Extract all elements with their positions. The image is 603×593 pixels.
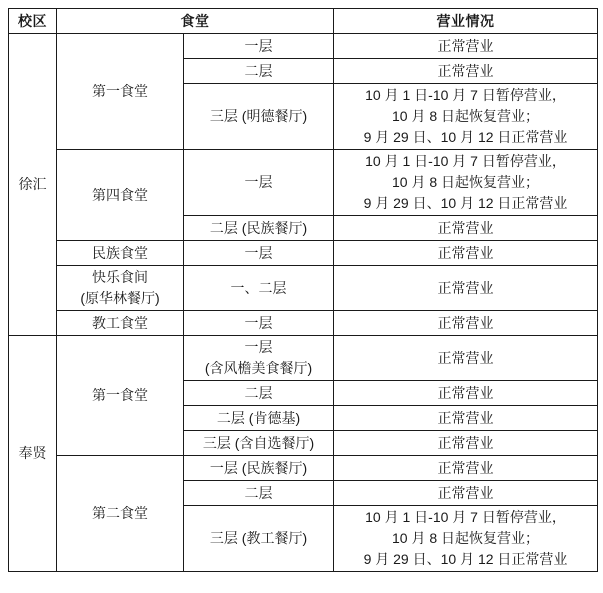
status-cell-line: 10 月 8 日起恢复营业； [336, 106, 595, 127]
floor-cell-line: 二层 [186, 61, 331, 82]
canteen-cell-line: 第一食堂 [59, 385, 181, 406]
canteen-cell-line: 快乐食间 [59, 267, 181, 288]
status-cell: 正常营业 [334, 381, 598, 406]
floor-cell-line: 二层 [186, 483, 331, 504]
floor-cell-line: 一层 [186, 172, 331, 193]
floor-cell: 一层 [184, 311, 334, 336]
canteen-table-body: 徐汇第一食堂一层正常营业二层正常营业三层 (明德餐厅)10 月 1 日-10 月… [9, 34, 598, 572]
campus-cell: 奉贤 [9, 336, 57, 572]
status-cell-line: 正常营业 [336, 433, 595, 454]
floor-cell-line: 一层 (民族餐厅) [186, 458, 331, 479]
floor-cell-line: 二层 [186, 383, 331, 404]
status-cell-line: 10 月 1 日-10 月 7 日暂停营业， [336, 151, 595, 172]
table-row: 民族食堂一层正常营业 [9, 241, 598, 266]
canteen-cell-line: 教工食堂 [59, 313, 181, 334]
canteen-cell: 教工食堂 [57, 311, 184, 336]
floor-cell: 一层 (民族餐厅) [184, 456, 334, 481]
floor-cell: 三层 (教工餐厅) [184, 506, 334, 572]
floor-cell-line: 三层 (教工餐厅) [186, 528, 331, 549]
canteen-cell-line: 第四食堂 [59, 185, 181, 206]
table-row: 教工食堂一层正常营业 [9, 311, 598, 336]
status-cell: 正常营业 [334, 266, 598, 311]
floor-cell-line: 一、二层 [186, 278, 331, 299]
status-cell-line: 10 月 1 日-10 月 7 日暂停营业， [336, 85, 595, 106]
status-cell-line: 正常营业 [336, 348, 595, 369]
status-cell: 正常营业 [334, 336, 598, 381]
status-cell-line: 9 月 29 日、10 月 12 日正常营业 [336, 193, 595, 214]
status-cell: 正常营业 [334, 311, 598, 336]
floor-cell-line: 二层 (肯德基) [186, 408, 331, 429]
canteen-cell: 第四食堂 [57, 150, 184, 241]
status-cell: 正常营业 [334, 431, 598, 456]
floor-cell: 一层 [184, 34, 334, 59]
floor-cell: 三层 (含自选餐厅) [184, 431, 334, 456]
status-cell: 10 月 1 日-10 月 7 日暂停营业，10 月 8 日起恢复营业；9 月 … [334, 150, 598, 216]
status-cell: 正常营业 [334, 241, 598, 266]
floor-cell-line: 三层 (含自选餐厅) [186, 433, 331, 454]
status-cell: 10 月 1 日-10 月 7 日暂停营业，10 月 8 日起恢复营业；9 月 … [334, 506, 598, 572]
table-row: 徐汇第一食堂一层正常营业 [9, 34, 598, 59]
table-row: 奉贤第一食堂一层(含风檐美食餐厅)正常营业 [9, 336, 598, 381]
table-row: 第二食堂一层 (民族餐厅)正常营业 [9, 456, 598, 481]
notice-page: 校区 食堂 营业情况 徐汇第一食堂一层正常营业二层正常营业三层 (明德餐厅)10… [0, 0, 603, 593]
status-cell-line: 正常营业 [336, 313, 595, 334]
floor-cell: 二层 (民族餐厅) [184, 216, 334, 241]
floor-cell-line: 一层 [186, 337, 331, 358]
status-cell: 正常营业 [334, 59, 598, 84]
status-cell-line: 正常营业 [336, 458, 595, 479]
status-cell-line: 正常营业 [336, 218, 595, 239]
campus-cell-line: 徐汇 [11, 174, 54, 195]
canteen-cell: 第二食堂 [57, 456, 184, 572]
status-cell-line: 正常营业 [336, 483, 595, 504]
table-row: 快乐食间(原华林餐厅)一、二层正常营业 [9, 266, 598, 311]
floor-cell: 二层 (肯德基) [184, 406, 334, 431]
canteen-cell: 第一食堂 [57, 34, 184, 150]
status-cell: 正常营业 [334, 481, 598, 506]
floor-cell-line: (含风檐美食餐厅) [186, 358, 331, 379]
status-cell-line: 正常营业 [336, 61, 595, 82]
status-cell-line: 正常营业 [336, 408, 595, 429]
status-cell-line: 10 月 1 日-10 月 7 日暂停营业， [336, 507, 595, 528]
header-row: 校区 食堂 营业情况 [9, 9, 598, 34]
floor-cell-line: 三层 (明德餐厅) [186, 106, 331, 127]
floor-cell: 一层 [184, 241, 334, 266]
canteen-cell-line: (原华林餐厅) [59, 288, 181, 309]
status-cell: 正常营业 [334, 34, 598, 59]
floor-cell: 二层 [184, 481, 334, 506]
floor-cell: 一、二层 [184, 266, 334, 311]
header-campus: 校区 [9, 9, 57, 34]
canteen-cell: 快乐食间(原华林餐厅) [57, 266, 184, 311]
campus-cell: 徐汇 [9, 34, 57, 336]
canteen-cell-line: 第二食堂 [59, 503, 181, 524]
header-status: 营业情况 [334, 9, 598, 34]
status-cell-line: 正常营业 [336, 243, 595, 264]
floor-cell-line: 一层 [186, 313, 331, 334]
canteen-cell: 第一食堂 [57, 336, 184, 456]
table-row: 第四食堂一层10 月 1 日-10 月 7 日暂停营业，10 月 8 日起恢复营… [9, 150, 598, 216]
status-cell-line: 正常营业 [336, 36, 595, 57]
floor-cell-line: 一层 [186, 243, 331, 264]
floor-cell: 二层 [184, 381, 334, 406]
floor-cell: 一层 [184, 150, 334, 216]
status-cell-line: 10 月 8 日起恢复营业； [336, 528, 595, 549]
status-cell-line: 正常营业 [336, 278, 595, 299]
status-cell-line: 正常营业 [336, 383, 595, 404]
canteen-cell-line: 第一食堂 [59, 81, 181, 102]
campus-cell-line: 奉贤 [11, 443, 54, 464]
floor-cell-line: 二层 (民族餐厅) [186, 218, 331, 239]
status-cell: 10 月 1 日-10 月 7 日暂停营业，10 月 8 日起恢复营业；9 月 … [334, 84, 598, 150]
canteen-hours-table: 校区 食堂 营业情况 徐汇第一食堂一层正常营业二层正常营业三层 (明德餐厅)10… [8, 8, 598, 572]
status-cell-line: 10 月 8 日起恢复营业； [336, 172, 595, 193]
canteen-cell: 民族食堂 [57, 241, 184, 266]
status-cell-line: 9 月 29 日、10 月 12 日正常营业 [336, 549, 595, 570]
status-cell: 正常营业 [334, 406, 598, 431]
status-cell: 正常营业 [334, 216, 598, 241]
floor-cell: 三层 (明德餐厅) [184, 84, 334, 150]
floor-cell-line: 一层 [186, 36, 331, 57]
floor-cell: 二层 [184, 59, 334, 84]
canteen-cell-line: 民族食堂 [59, 243, 181, 264]
floor-cell: 一层(含风檐美食餐厅) [184, 336, 334, 381]
status-cell: 正常营业 [334, 456, 598, 481]
status-cell-line: 9 月 29 日、10 月 12 日正常营业 [336, 127, 595, 148]
header-canteen: 食堂 [57, 9, 334, 34]
